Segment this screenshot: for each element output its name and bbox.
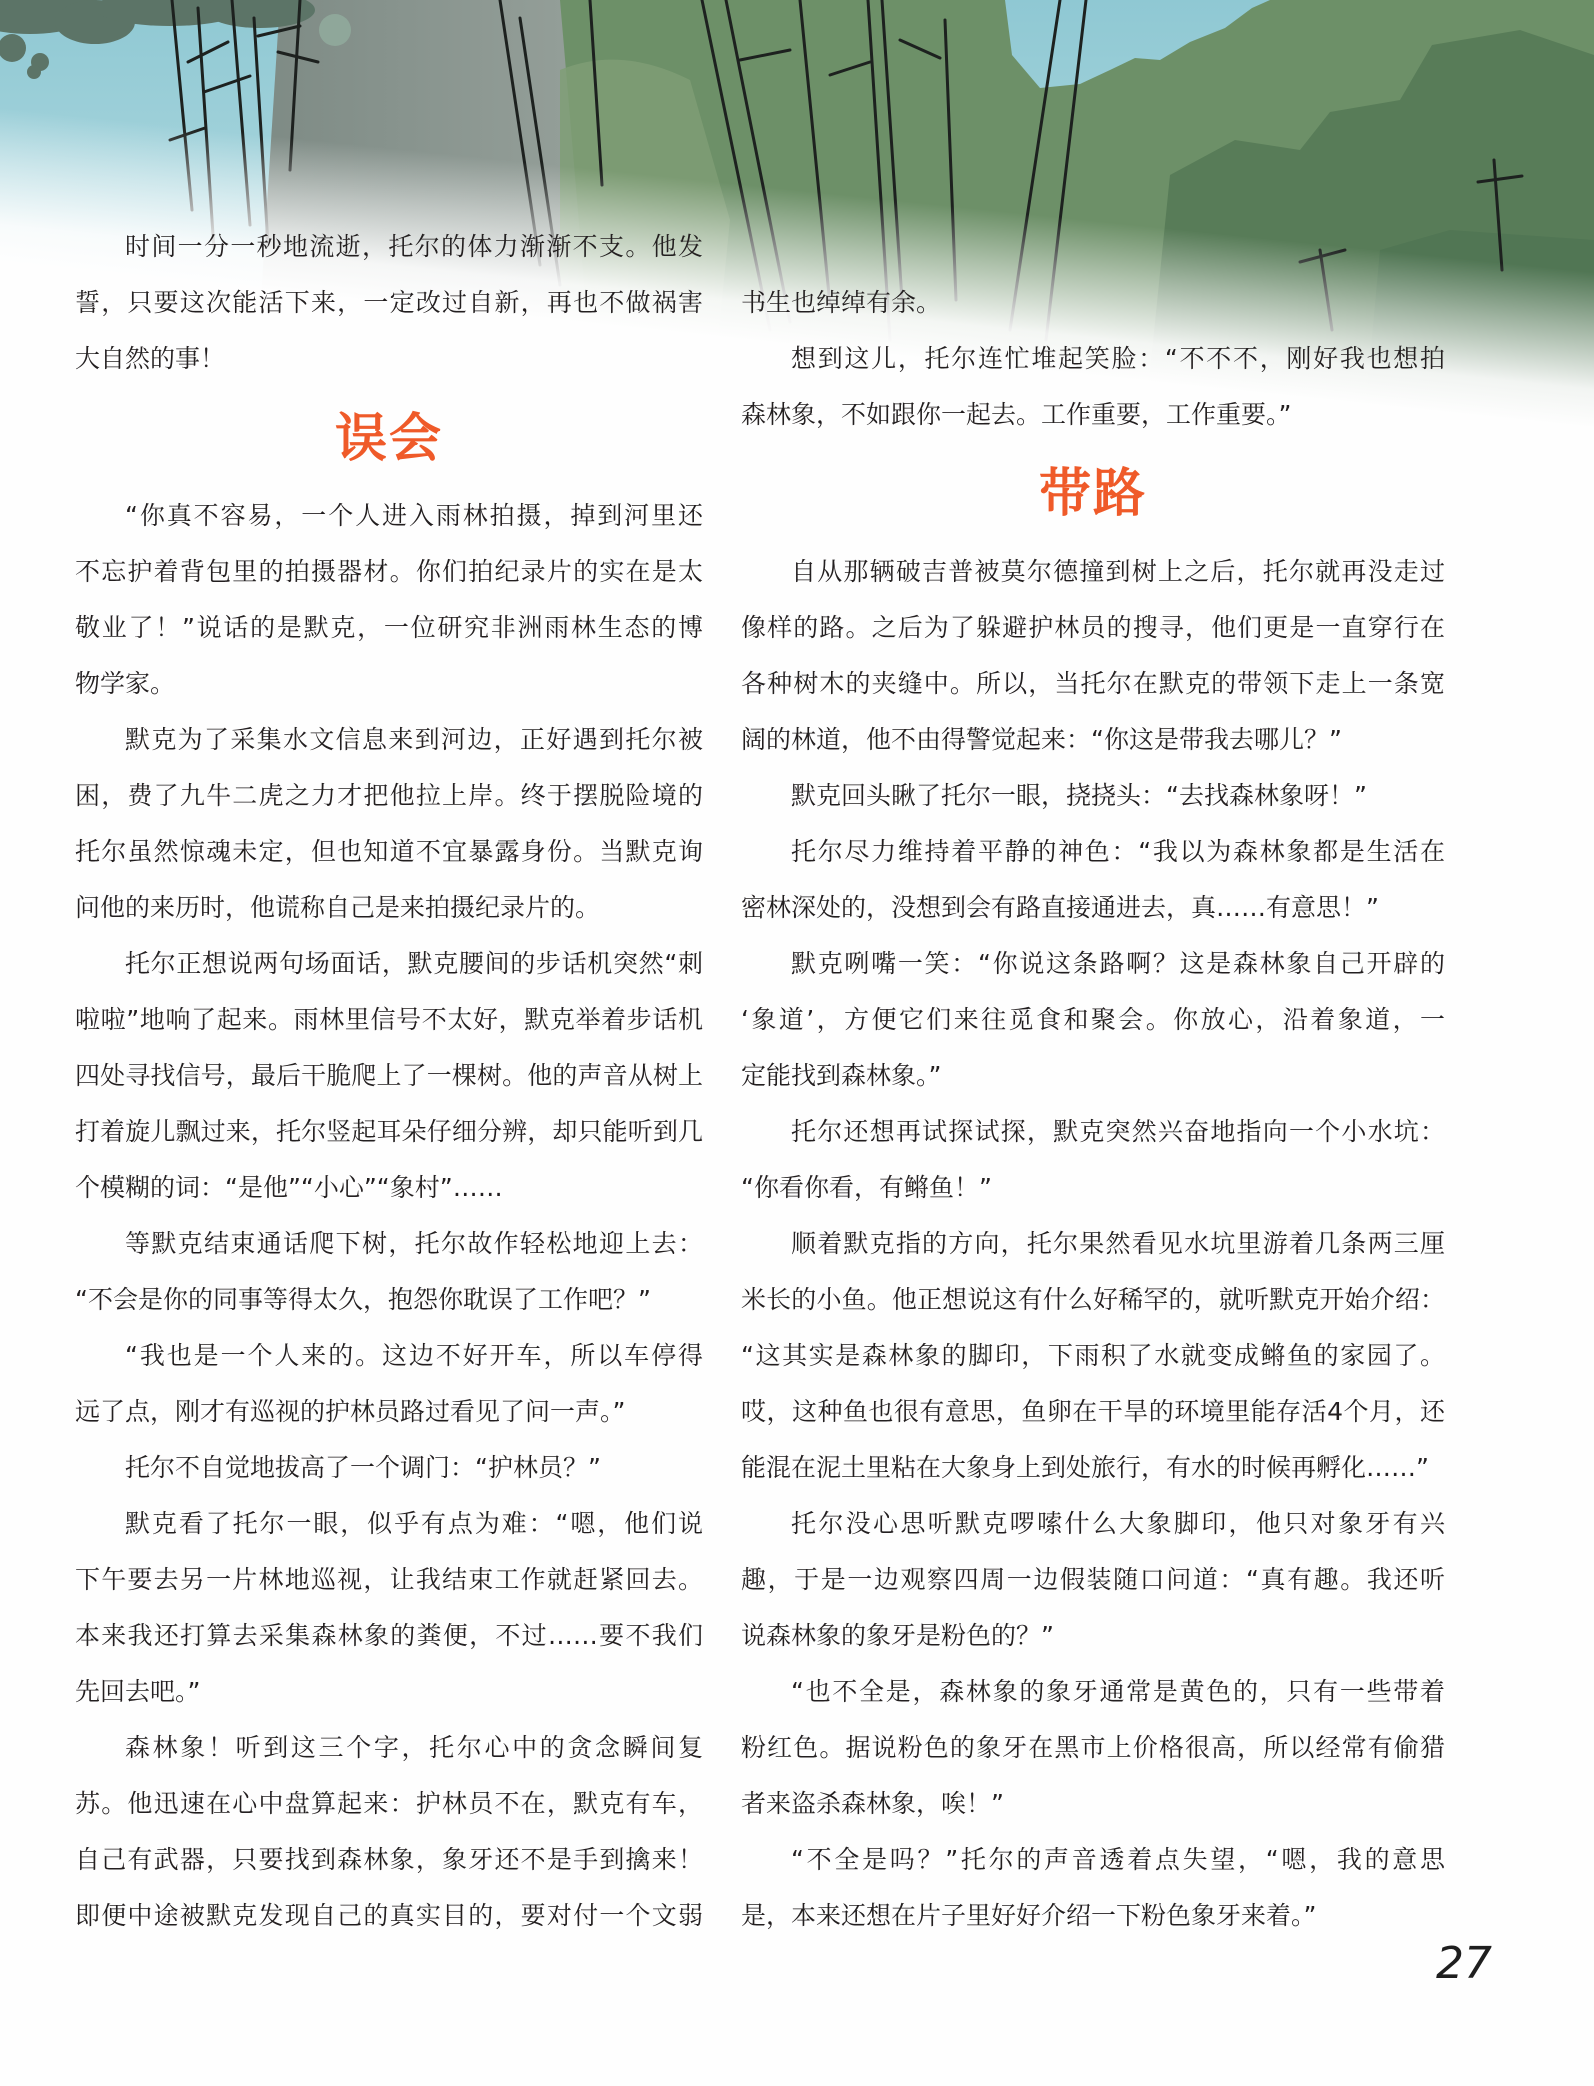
text-line: “这其实是森林象的脚印，下雨积了水就变成鳉鱼的家园了。	[741, 1328, 1445, 1384]
text-line: 等默克结束通话爬下树，托尔故作轻松地迎上去：	[75, 1216, 703, 1272]
paragraph: “你真不容易，一个人进入雨林拍摄，掉到河里还 不忘护着背包里的拍摄器材。你们拍纪…	[75, 488, 703, 712]
paragraph: 默克咧嘴一笑：“你说这条路啊？这是森林象自己开辟的 ‘象道’，方便它们来往觅食和…	[741, 936, 1445, 1104]
paragraph: “也不全是，森林象的象牙通常是黄色的，只有一些带着 粉红色。据说粉色的象牙在黑市…	[741, 1664, 1445, 1832]
paragraph: 默克看了托尔一眼，似乎有点为难：“嗯，他们说 下午要去另一片林地巡视，让我结束工…	[75, 1496, 703, 1720]
paragraph: 默克为了采集水文信息来到河边，正好遇到托尔被 困，费了九牛二虎之力才把他拉上岸。…	[75, 712, 703, 936]
text-line: 托尔还想再试探试探，默克突然兴奋地指向一个小水坑：	[741, 1104, 1445, 1160]
paragraph: 托尔还想再试探试探，默克突然兴奋地指向一个小水坑： “你看你看，有鳉鱼！”	[741, 1104, 1445, 1216]
text-line: 默克看了托尔一眼，似乎有点为难：“嗯，他们说	[75, 1496, 703, 1552]
text-line: 自己有武器，只要找到森林象，象牙还不是手到擒来！	[75, 1832, 703, 1888]
text-line: 能混在泥土里粘在大象身上到处旅行，有水的时候再孵化……”	[741, 1440, 1445, 1496]
text-line: 托尔虽然惊魂未定，但也知道不宜暴露身份。当默克询	[75, 824, 703, 880]
text-line: 默克咧嘴一笑：“你说这条路啊？这是森林象自己开辟的	[741, 936, 1445, 992]
text-line: 不忘护着背包里的拍摄器材。你们拍纪录片的实在是太	[75, 544, 703, 600]
text-line: 远了点，刚才有巡视的护林员路过看见了问一声。”	[75, 1384, 703, 1440]
text-line: 森林象，不如跟你一起去。工作重要，工作重要。”	[741, 387, 1445, 443]
text-line: 想到这儿，托尔连忙堆起笑脸：“不不不，刚好我也想拍	[741, 331, 1445, 387]
text-line: 啦啦”地响了起来。雨林里信号不太好，默克举着步话机	[75, 992, 703, 1048]
text-line: 托尔不自觉地拔高了一个调门：“护林员？”	[75, 1440, 703, 1496]
paragraph: 顺着默克指的方向，托尔果然看见水坑里游着几条两三厘 米长的小鱼。他正想说这有什么…	[741, 1216, 1445, 1496]
right-column-top: 书生也绰绰有余。 想到这儿，托尔连忙堆起笑脸：“不不不，刚好我也想拍 森林象，不…	[741, 275, 1445, 443]
text-line: 问他的来历时，他谎称自己是来拍摄纪录片的。	[75, 880, 703, 936]
text-line: “也不全是，森林象的象牙通常是黄色的，只有一些带着	[741, 1664, 1445, 1720]
text-line: 下午要去另一片林地巡视，让我结束工作就赶紧回去。	[75, 1552, 703, 1608]
text-line: 托尔没心思听默克啰嗦什么大象脚印，他只对象牙有兴	[741, 1496, 1445, 1552]
text-line: 敬业了！”说话的是默克，一位研究非洲雨林生态的博	[75, 600, 703, 656]
text-line: 困，费了九牛二虎之力才把他拉上岸。终于摆脱险境的	[75, 768, 703, 824]
text-line: 者来盗杀森林象，唉！”	[741, 1776, 1445, 1832]
text-line: 像样的路。之后为了躲避护林员的搜寻，他们更是一直穿行在	[741, 600, 1445, 656]
text-line: 哎，这种鱼也很有意思，鱼卵在干旱的环境里能存活4个月，还	[741, 1384, 1445, 1440]
paragraph: 等默克结束通话爬下树，托尔故作轻松地迎上去： “不会是你的同事等得太久，抱怨你耽…	[75, 1216, 703, 1328]
text-line: 苏。他迅速在心中盘算起来：护林员不在，默克有车，	[75, 1776, 703, 1832]
text-line: 趣，于是一边观察四周一边假装随口问道：“真有趣。我还听	[741, 1552, 1445, 1608]
paragraph: 森林象！听到这三个字，托尔心中的贪念瞬间复 苏。他迅速在心中盘算起来：护林员不在…	[75, 1720, 703, 1944]
text-line: 个模糊的词：“是他”“小心”“象村”……	[75, 1160, 703, 1216]
paragraph: 默克回头瞅了托尔一眼，挠挠头：“去找森林象呀！”	[741, 768, 1445, 824]
text-line: 阔的林道，他不由得警觉起来：“你这是带我去哪儿？”	[741, 712, 1445, 768]
text-line: 书生也绰绰有余。	[741, 275, 1445, 331]
text-line: 誓，只要这次能活下来，一定改过自新，再也不做祸害	[75, 275, 703, 331]
paragraph: 自从那辆破吉普被莫尔德撞到树上之后，托尔就再没走过 像样的路。之后为了躲避护林员…	[741, 544, 1445, 768]
paragraph: 托尔不自觉地拔高了一个调门：“护林员？”	[75, 1440, 703, 1496]
text-line: 自从那辆破吉普被莫尔德撞到树上之后，托尔就再没走过	[741, 544, 1445, 600]
text-line: 物学家。	[75, 656, 703, 712]
paragraph: 想到这儿，托尔连忙堆起笑脸：“不不不，刚好我也想拍 森林象，不如跟你一起去。工作…	[741, 331, 1445, 443]
text-line: 定能找到森林象。”	[741, 1048, 1445, 1104]
paragraph: 托尔正想说两句场面话，默克腰间的步话机突然“刺 啦啦”地响了起来。雨林里信号不太…	[75, 936, 703, 1216]
right-column-body: 自从那辆破吉普被莫尔德撞到树上之后，托尔就再没走过 像样的路。之后为了躲避护林员…	[741, 544, 1445, 1944]
text-line: 粉红色。据说粉色的象牙在黑市上价格很高，所以经常有偷猎	[741, 1720, 1445, 1776]
text-line: 托尔正想说两句场面话，默克腰间的步话机突然“刺	[75, 936, 703, 992]
text-line: 是，本来还想在片子里好好介绍一下粉色象牙来着。”	[741, 1888, 1445, 1944]
text-line: 密林深处的，没想到会有路直接通进去，真……有意思！”	[741, 880, 1445, 936]
paragraph-continuation: 书生也绰绰有余。	[741, 275, 1445, 331]
text-line: 默克为了采集水文信息来到河边，正好遇到托尔被	[75, 712, 703, 768]
magazine-page: 时间一分一秒地流逝，托尔的体力渐渐不支。他发 誓，只要这次能活下来，一定改过自新…	[0, 0, 1594, 2086]
text-line: 森林象！听到这三个字，托尔心中的贪念瞬间复	[75, 1720, 703, 1776]
paragraph: “不全是吗？”托尔的声音透着点失望，“嗯，我的意思 是，本来还想在片子里好好介绍…	[741, 1832, 1445, 1944]
text-line: 托尔尽力维持着平静的神色：“我以为森林象都是生活在	[741, 824, 1445, 880]
text-line: 本来我还打算去采集森林象的粪便，不过……要不我们	[75, 1608, 703, 1664]
paragraph: 托尔没心思听默克啰嗦什么大象脚印，他只对象牙有兴 趣，于是一边观察四周一边假装随…	[741, 1496, 1445, 1664]
paragraph: “我也是一个人来的。这边不好开车，所以车停得 远了点，刚才有巡视的护林员路过看见…	[75, 1328, 703, 1440]
section-heading-leading-the-way: 带路	[741, 463, 1445, 525]
text-line: 米长的小鱼。他正想说这有什么好稀罕的，就听默克开始介绍：	[741, 1272, 1445, 1328]
text-line: 打着旋儿飘过来，托尔竖起耳朵仔细分辨，却只能听到几	[75, 1104, 703, 1160]
page-number: 27	[1436, 1942, 1492, 1986]
left-column-body: “你真不容易，一个人进入雨林拍摄，掉到河里还 不忘护着背包里的拍摄器材。你们拍纪…	[75, 488, 703, 1944]
text-line: 大自然的事！	[75, 331, 703, 387]
text-line: 时间一分一秒地流逝，托尔的体力渐渐不支。他发	[75, 219, 703, 275]
text-line: 即便中途被默克发现自己的真实目的，要对付一个文弱	[75, 1888, 703, 1944]
text-line: 先回去吧。”	[75, 1664, 703, 1720]
left-column-top: 时间一分一秒地流逝，托尔的体力渐渐不支。他发 誓，只要这次能活下来，一定改过自新…	[75, 219, 703, 387]
text-line: 各种树木的夹缝中。所以，当托尔在默克的带领下走上一条宽	[741, 656, 1445, 712]
text-line: 默克回头瞅了托尔一眼，挠挠头：“去找森林象呀！”	[741, 768, 1445, 824]
paragraph: 托尔尽力维持着平静的神色：“我以为森林象都是生活在 密林深处的，没想到会有路直接…	[741, 824, 1445, 936]
paragraph: 时间一分一秒地流逝，托尔的体力渐渐不支。他发 誓，只要这次能活下来，一定改过自新…	[75, 219, 703, 387]
text-line: ‘象道’，方便它们来往觅食和聚会。你放心，沿着象道，一	[741, 992, 1445, 1048]
text-line: “你真不容易，一个人进入雨林拍摄，掉到河里还	[75, 488, 703, 544]
text-line: 说森林象的象牙是粉色的？”	[741, 1608, 1445, 1664]
text-line: “我也是一个人来的。这边不好开车，所以车停得	[75, 1328, 703, 1384]
section-heading-misunderstanding: 误会	[75, 408, 703, 470]
text-line: “不会是你的同事等得太久，抱怨你耽误了工作吧？”	[75, 1272, 703, 1328]
text-line: “你看你看，有鳉鱼！”	[741, 1160, 1445, 1216]
text-line: 四处寻找信号，最后干脆爬上了一棵树。他的声音从树上	[75, 1048, 703, 1104]
text-line: 顺着默克指的方向，托尔果然看见水坑里游着几条两三厘	[741, 1216, 1445, 1272]
text-line: “不全是吗？”托尔的声音透着点失望，“嗯，我的意思	[741, 1832, 1445, 1888]
